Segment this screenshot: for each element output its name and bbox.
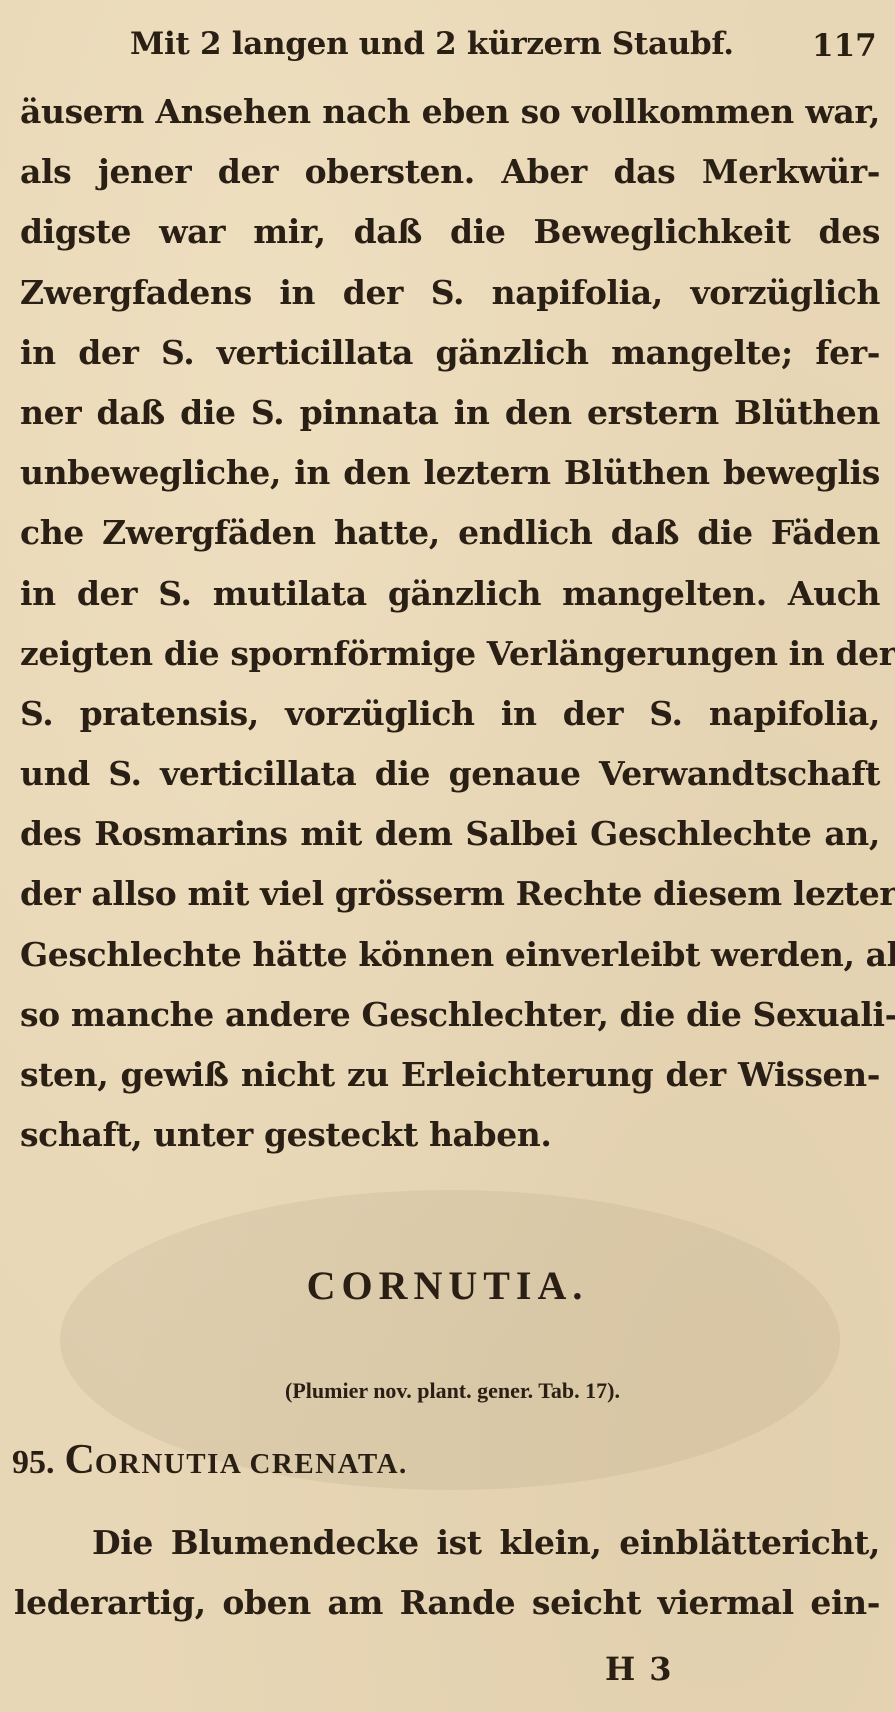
text-line: Geschlechte hätte können einverleibt wer… (20, 925, 880, 985)
body-paragraph: äusern Ansehen nach eben so vollkommen w… (20, 82, 880, 1165)
text-line: und S. verticillata die genaue Verwandts… (20, 744, 880, 804)
signature-number: 3 (649, 1650, 671, 1688)
text-line: zeigten die spornförmige Verlängerungen … (20, 624, 880, 684)
text-line: schaft, unter gesteckt haben. (20, 1105, 880, 1165)
text-line: digste war mir, daß die Beweglichkeit de… (20, 202, 880, 262)
signature-mark: H (605, 1650, 635, 1688)
species-name: ORNUTIA CRENATA. (95, 1448, 408, 1480)
species-name-initial: C (65, 1437, 95, 1483)
genus-reference: (Plumier nov. plant. gener. Tab. 17). (0, 1378, 895, 1404)
text-line: S. pratensis, vorzüglich in der S. napif… (20, 684, 880, 744)
printer-signature: H3 (605, 1650, 672, 1688)
text-line: in der S. mutilata gänzlich mangelten. A… (20, 564, 880, 624)
species-number: 95. (12, 1444, 55, 1481)
text-line: des Rosmarins mit dem Salbei Geschlechte… (20, 804, 880, 864)
page-number: 117 (812, 28, 877, 64)
text-line: so manche andere Geschlechter, die die S… (20, 985, 880, 1045)
running-title: Mit 2 langen und 2 kürzern Staubf. (130, 26, 770, 62)
text-line: Die Blumendecke ist klein, einblätterich… (14, 1513, 880, 1573)
text-line: unbewegliche, in den leztern Blüthen bew… (20, 443, 880, 503)
text-line: che Zwergfäden hatte, endlich daß die Fä… (20, 503, 880, 563)
genus-heading: CORNUTIA. (0, 1262, 895, 1309)
book-page: Mit 2 langen und 2 kürzern Staubf. 117 ä… (0, 0, 895, 1712)
species-description: Die Blumendecke ist klein, einblätterich… (14, 1513, 880, 1633)
text-line: Zwergfadens in der S. napifolia, vorzügl… (20, 263, 880, 323)
text-line: äusern Ansehen nach eben so vollkommen w… (20, 82, 880, 142)
text-line: der allso mit viel grösserm Rechte diese… (20, 864, 880, 924)
text-line: in der S. verticillata gänzlich mangelte… (20, 323, 880, 383)
text-line: ner daß die S. pinnata in den erstern Bl… (20, 383, 880, 443)
text-line: als jener der obersten. Aber das Merkwür… (20, 142, 880, 202)
text-line: sten, gewiß nicht zu Erleichterung der W… (20, 1045, 880, 1105)
text-line: lederartig, oben am Rande seicht viermal… (14, 1573, 880, 1633)
species-heading: 95.CORNUTIA CRENATA. (12, 1436, 408, 1484)
